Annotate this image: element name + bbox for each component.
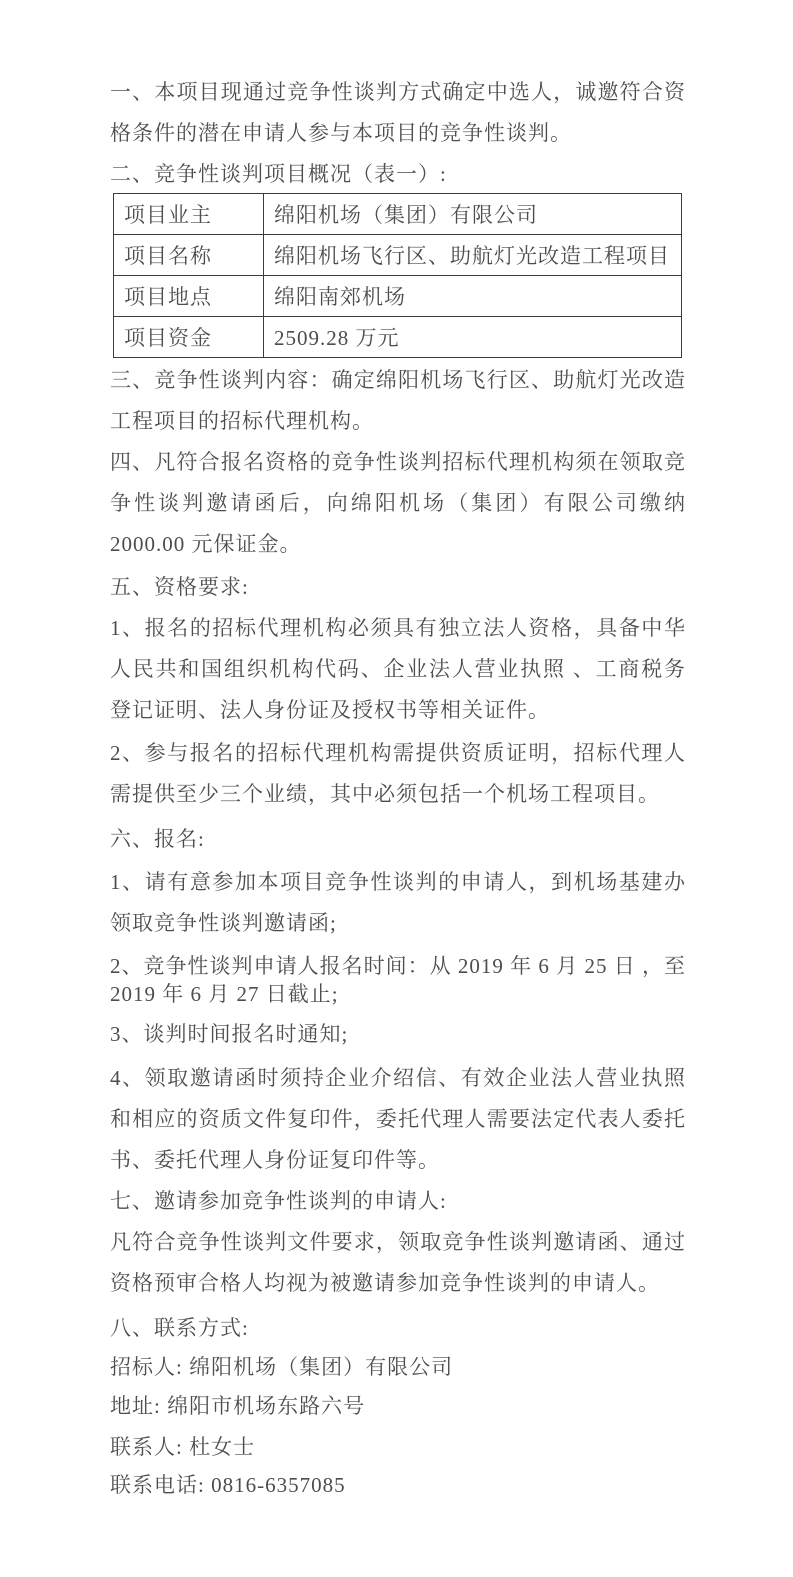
project-overview-table: 项目业主 绵阳机场（集团）有限公司 项目名称 绵阳机场飞行区、助航灯光改造工程项… — [113, 193, 682, 358]
table-row-project-owner: 项目业主 绵阳机场（集团）有限公司 — [114, 194, 682, 235]
table-cell-value: 绵阳机场（集团）有限公司 — [264, 194, 682, 235]
para-deposit: 四、凡符合报名资格的竞争性谈判招标代理机构须在领取竞争性谈判邀请函后，向绵阳机场… — [110, 442, 686, 565]
table-row-project-name: 项目名称 绵阳机场飞行区、助航灯光改造工程项目 — [114, 235, 682, 276]
table-cell-label: 项目资金 — [114, 317, 264, 358]
table-cell-value: 2509.28 万元 — [264, 317, 682, 358]
para-registration-item-4: 4、领取邀请函时须持企业介绍信、有效企业法人营业执照和相应的资质文件复印件，委托… — [110, 1058, 686, 1181]
heading-contact: 八、联系方式: — [110, 1308, 686, 1349]
table-cell-label: 项目地点 — [114, 276, 264, 317]
contact-person: 联系人: 杜女士 — [110, 1427, 686, 1468]
heading-invitees: 七、邀请参加竞争性谈判的申请人: — [110, 1181, 686, 1222]
heading-registration: 六、报名: — [110, 819, 686, 860]
document-page: 一、本项目现通过竞争性谈判方式确定中选人，诚邀符合资格条件的潜在申请人参与本项目… — [110, 72, 686, 1506]
para-qualification-item-1: 1、报名的招标代理机构必须具有独立法人资格，具备中华人民共和国组织机构代码、企业… — [110, 608, 686, 731]
para-invitees: 凡符合竞争性谈判文件要求，领取竞争性谈判邀请函、通过资格预审合格人均视为被邀请参… — [110, 1222, 686, 1304]
para-registration-item-2: 2、竞争性谈判申请人报名时间：从 2019 年 6 月 25 日 ，至 2019… — [110, 952, 686, 1008]
contact-address: 地址: 绵阳市机场东路六号 — [110, 1386, 686, 1427]
heading-project-overview: 二、竞争性谈判项目概况（表一）: — [110, 154, 686, 195]
table-row-project-funds: 项目资金 2509.28 万元 — [114, 317, 682, 358]
table-cell-value: 绵阳机场飞行区、助航灯光改造工程项目 — [264, 235, 682, 276]
heading-qualification: 五、资格要求: — [110, 567, 686, 608]
para-registration-item-1: 1、请有意参加本项目竞争性谈判的申请人，到机场基建办领取竞争性谈判邀请函; — [110, 862, 686, 944]
para-qualification-item-2: 2、参与报名的招标代理机构需提供资质证明，招标代理人需提供至少三个业绩，其中必须… — [110, 733, 686, 815]
para-registration-item-3: 3、谈判时间报名时通知; — [110, 1014, 686, 1055]
table-cell-value: 绵阳南郊机场 — [264, 276, 682, 317]
contact-phone: 联系电话: 0816-6357085 — [110, 1465, 686, 1506]
table-row-project-location: 项目地点 绵阳南郊机场 — [114, 276, 682, 317]
para-negotiation-content: 三、竞争性谈判内容：确定绵阳机场飞行区、助航灯光改造工程项目的招标代理机构。 — [110, 360, 686, 442]
contact-bidder: 招标人: 绵阳机场（集团）有限公司 — [110, 1347, 686, 1388]
table-cell-label: 项目名称 — [114, 235, 264, 276]
table-cell-label: 项目业主 — [114, 194, 264, 235]
para-intro: 一、本项目现通过竞争性谈判方式确定中选人，诚邀符合资格条件的潜在申请人参与本项目… — [110, 72, 686, 154]
